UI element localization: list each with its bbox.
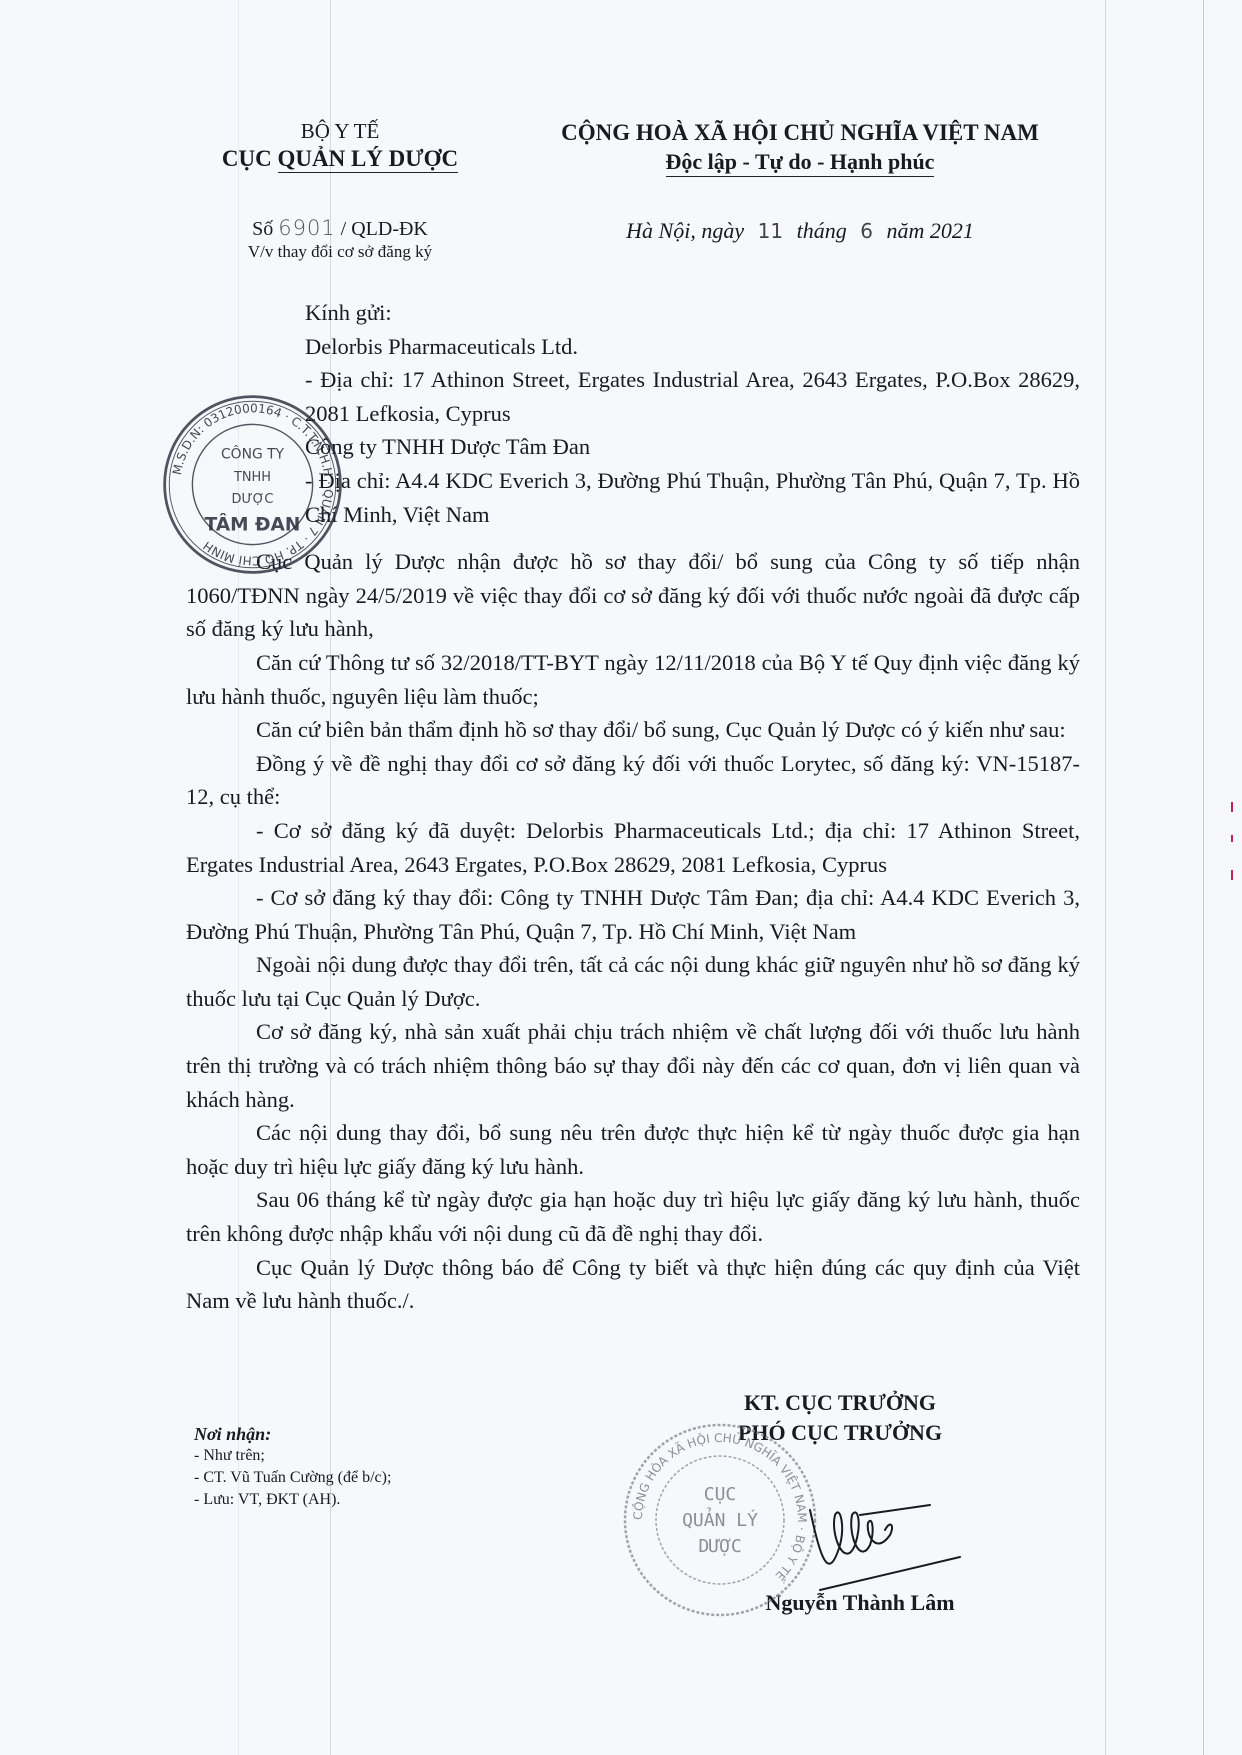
department-seal-icon: CỘNG HÒA XÃ HỘI CHỦ NGHĨA VIỆT NAM · BỘ …	[620, 1420, 820, 1620]
greeting: Kính gửi:	[186, 296, 1080, 330]
svg-text:DƯỢC: DƯỢC	[232, 492, 274, 507]
scan-line	[1105, 0, 1106, 1755]
receiver-item: - Lưu: VT, ĐKT (AH).	[194, 1489, 391, 1511]
handwritten-day: 11	[750, 219, 791, 243]
margin-marks-icon	[1228, 800, 1236, 890]
paragraph: Các nội dung thay đổi, bổ sung nêu trên …	[186, 1116, 1080, 1183]
national-heading: CỘNG HOÀ XÃ HỘI CHỦ NGHĨA VIỆT NAM Độc l…	[520, 118, 1080, 177]
date-line: Hà Nội, ngày 11 tháng 6 năm 2021	[520, 218, 1080, 244]
document-subject: V/v thay đổi cơ sở đăng ký	[180, 242, 500, 262]
national-motto: Độc lập - Tự do - Hạnh phúc	[666, 148, 935, 177]
department-name: CỤC QUẢN LÝ DƯỢC	[180, 144, 500, 174]
handwritten-month: 6	[852, 219, 881, 243]
document-number-block: Số 6901 / QLD-ĐK V/v thay đổi cơ sở đăng…	[180, 215, 500, 262]
paragraph-approved-entity: - Cơ sở đăng ký đã duyệt: Delorbis Pharm…	[186, 814, 1080, 881]
receiver-item: - CT. Vũ Tuấn Cường (để b/c);	[194, 1467, 391, 1489]
paragraph: Ngoài nội dung được thay đổi trên, tất c…	[186, 948, 1080, 1015]
paragraph: Đồng ý về đề nghị thay đổi cơ sở đăng ký…	[186, 747, 1080, 814]
svg-text:DƯỢC: DƯỢC	[698, 1536, 741, 1557]
scan-line	[1203, 0, 1204, 1755]
svg-text:M.S.D.N: 0312000164 · C.T.T.N.: M.S.D.N: 0312000164 · C.T.T.N.H.H · QUẬN…	[170, 401, 336, 568]
paragraph: Căn cứ Thông tư số 32/2018/TT-BYT ngày 1…	[186, 646, 1080, 713]
company-seal-icon: M.S.D.N: 0312000164 · C.T.T.N.H.H · QUẬN…	[160, 392, 345, 577]
paragraph: Cục Quản lý Dược thông báo để Công ty bi…	[186, 1251, 1080, 1318]
handwritten-signature-icon	[800, 1475, 970, 1595]
issuing-authority: BỘ Y TẾ CỤC QUẢN LÝ DƯỢC	[180, 118, 500, 174]
receivers-title: Nơi nhận:	[194, 1423, 391, 1445]
paragraph: Căn cứ biên bản thẩm định hồ sơ thay đổi…	[186, 713, 1080, 747]
svg-text:QUẢN LÝ: QUẢN LÝ	[682, 1508, 758, 1531]
paragraph-new-entity: - Cơ sở đăng ký thay đổi: Công ty TNHH D…	[186, 881, 1080, 948]
svg-text:TNHH: TNHH	[233, 470, 271, 485]
paragraph: Cơ sở đăng ký, nhà sản xuất phải chịu tr…	[186, 1015, 1080, 1116]
handwritten-number: 6901	[278, 216, 335, 240]
svg-text:CỤC: CỤC	[704, 1484, 737, 1505]
paragraph: Sau 06 tháng kể từ ngày được gia hạn hoặ…	[186, 1183, 1080, 1250]
receivers-list: Nơi nhận: - Như trên; - CT. Vũ Tuấn Cườn…	[194, 1423, 391, 1511]
ministry-name: BỘ Y TẾ	[180, 118, 500, 144]
svg-text:CÔNG TY: CÔNG TY	[221, 445, 285, 463]
recipient-line: Delorbis Pharmaceuticals Ltd.	[186, 330, 1080, 364]
receiver-item: - Như trên;	[194, 1445, 391, 1467]
svg-text:CỘNG HÒA XÃ HỘI CHỦ NGHĨA VIỆT: CỘNG HÒA XÃ HỘI CHỦ NGHĨA VIỆT NAM · BỘ …	[630, 1430, 809, 1585]
nation-title: CỘNG HOÀ XÃ HỘI CHỦ NGHĨA VIỆT NAM	[520, 118, 1080, 148]
svg-text:TÂM ĐAN: TÂM ĐAN	[205, 514, 301, 536]
